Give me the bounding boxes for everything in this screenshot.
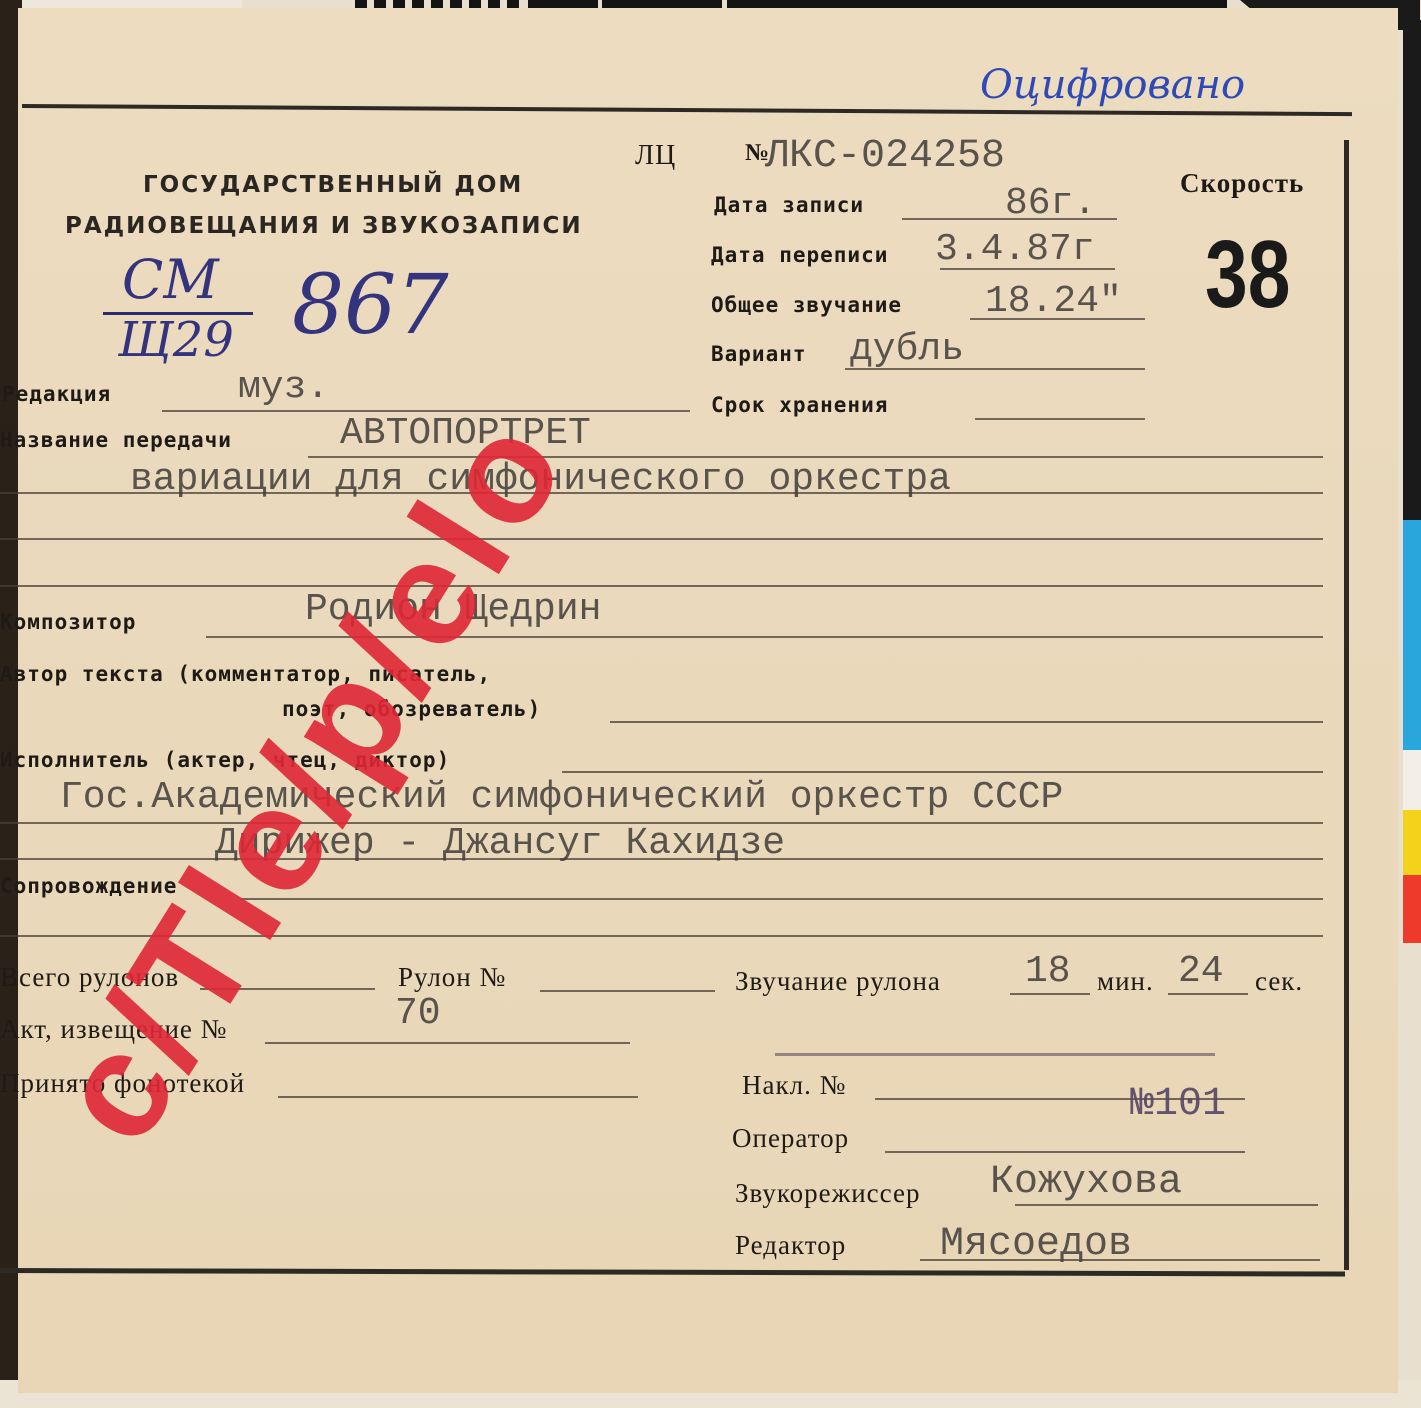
reel-seconds-line	[1168, 993, 1248, 995]
program-title-line4	[0, 585, 1323, 587]
reel-number-label: Рулон №	[398, 962, 506, 993]
invoice-value: №101	[1130, 1082, 1226, 1127]
speed-label: Скорость	[1180, 168, 1304, 199]
recording-date-label: Дата записи	[714, 193, 864, 217]
recording-date-value: 86г.	[1005, 182, 1096, 225]
reel-number-line	[540, 990, 715, 992]
handwritten-code-top: СМ	[122, 248, 219, 311]
storage-term-line	[975, 418, 1145, 420]
frame-right-border	[1344, 140, 1349, 1270]
speed-value: 38	[1205, 220, 1290, 330]
lc-prefix: ЛЦ	[635, 140, 676, 172]
box-white-strip	[1403, 750, 1421, 810]
editor-value: Мясоедов	[940, 1222, 1132, 1267]
box-red-strip	[1403, 875, 1421, 943]
rerecord-date-label: Дата переписи	[711, 243, 888, 267]
box-blue-strip	[1403, 520, 1421, 750]
notice-value: 70	[395, 992, 441, 1035]
handwritten-code-bottom: Щ29	[118, 312, 234, 368]
notice-line	[265, 1042, 630, 1044]
reel-minutes-line	[1010, 993, 1090, 995]
composer-label: Композитор	[0, 610, 136, 634]
sound-director-value: Кожухова	[990, 1160, 1182, 1205]
org-title-line1: ГОСУДАРСТВЕННЫЙ ДОМ	[143, 172, 523, 198]
text-author-line	[610, 721, 1323, 723]
redaction-label: Редакция	[2, 382, 111, 406]
digitized-note: Оцифровано	[980, 62, 1245, 108]
org-title-line2: РАДИОВЕЩАНИЯ И ЗВУКОЗАПИСИ	[65, 213, 583, 239]
operator-label: Оператор	[732, 1123, 849, 1154]
box-black-strip	[1403, 20, 1421, 520]
total-duration-value: 18.24"	[985, 280, 1122, 323]
storage-term-label: Срок хранения	[711, 393, 888, 417]
variant-value: дубль	[850, 328, 964, 371]
variant-label: Вариант	[711, 342, 807, 366]
reel-duration-label: Звучание рулона	[735, 966, 941, 997]
box-yellow-strip	[1403, 810, 1421, 875]
accompaniment-line	[240, 898, 1323, 900]
operator-line	[885, 1151, 1245, 1153]
total-duration-label: Общее звучание	[711, 293, 902, 317]
seconds-label: сек.	[1255, 966, 1303, 997]
reel-seconds-value: 24	[1178, 950, 1224, 993]
catalog-number: ЛКС-024258	[765, 134, 1005, 179]
performer-line	[562, 771, 1323, 773]
rerecord-date-value: 3.4.87г	[935, 228, 1095, 271]
handwritten-number: 867	[292, 258, 449, 353]
stamp-border-line	[775, 1053, 1215, 1056]
program-title-line2	[0, 492, 1323, 494]
reel-minutes-value: 18	[1025, 950, 1071, 993]
redaction-value: муз.	[238, 366, 329, 409]
minutes-label: мин.	[1097, 966, 1154, 997]
sound-director-label: Звукорежиссер	[735, 1178, 920, 1209]
editor-label: Редактор	[735, 1230, 846, 1261]
accepted-line	[278, 1096, 638, 1098]
program-title-line3	[0, 538, 1323, 540]
invoice-label: Накл. №	[742, 1070, 846, 1101]
program-title-label: Название передачи	[0, 428, 232, 452]
